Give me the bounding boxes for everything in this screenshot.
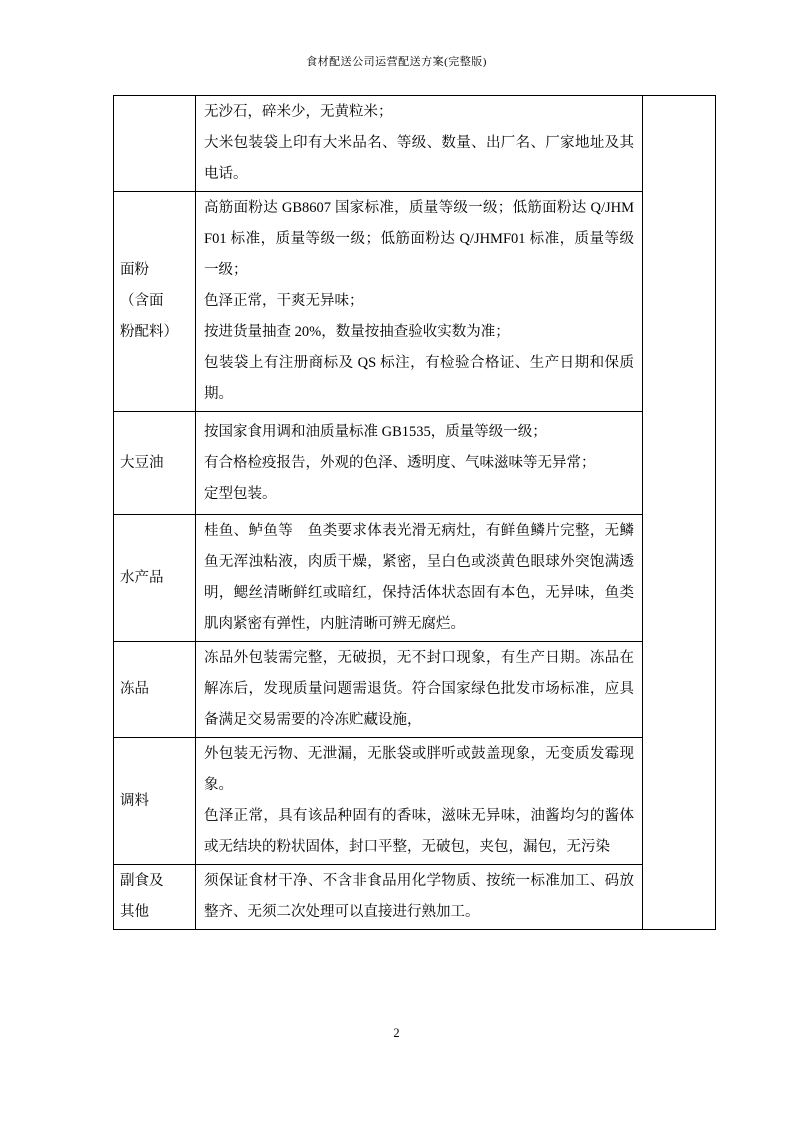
table-row-frozen-goods: 冻品 冻品外包装需完整，无破损，无不封口现象，有生产日期。冻品在解冻后，发现质量… (114, 642, 716, 738)
row-content-seasoning: 外包装无污物、无泄漏，无胀袋或胖听或鼓盖现象，无变质发霉现象。 色泽正常，具有该… (196, 738, 643, 865)
row-content-frozen-goods: 冻品外包装需完整，无破损，无不封口现象，有生产日期。冻品在解冻后，发现质量问题需… (196, 642, 643, 738)
row-label-soybean-oil: 大豆油 (114, 412, 196, 515)
paragraph: 须保证食材干净、不含非食品用化学物质、按统一标准加工、码放整齐、无须二次处理可以… (204, 866, 634, 928)
row-content-rice: 无沙石，碎米少，无黄粒米； 大米包装袋上印有大米品名、等级、数量、出厂名、厂家地… (196, 96, 643, 192)
row-content-flour: 高筋面粉达 GB8607 国家标准，质量等级一级；低筋面粉达 Q/JHMF01 … (196, 192, 643, 412)
paragraph: 按国家食用调和油质量标准 GB1535，质量等级一级； (204, 417, 634, 448)
row-content-aquatic-products: 桂鱼、鲈鱼等 鱼类要求体表光滑无病灶，有鲜鱼鳞片完整，无鳞鱼无浑浊粘液，肉质干燥… (196, 515, 643, 642)
table-row-aquatic-products: 水产品 桂鱼、鲈鱼等 鱼类要求体表光滑无病灶，有鲜鱼鳞片完整，无鳞鱼无浑浊粘液，… (114, 515, 716, 642)
paragraph: 色泽正常，干爽无异味； (204, 286, 634, 317)
row-label-aquatic-products: 水产品 (114, 515, 196, 642)
paragraph: 高筋面粉达 GB8607 国家标准，质量等级一级；低筋面粉达 Q/JHMF01 … (204, 193, 634, 286)
paragraph: 色泽正常，具有该品种固有的香味，滋味无异味，油酱均匀的酱体或无结块的粉状固体，封… (204, 801, 634, 863)
table-row-flour: 面粉 （含面 粉配料） 高筋面粉达 GB8607 国家标准，质量等级一级；低筋面… (114, 192, 716, 412)
paragraph: 无沙石，碎米少，无黄粒米； (204, 97, 634, 128)
row-content-soybean-oil: 按国家食用调和油质量标准 GB1535，质量等级一级； 有合格检疫报告，外观的色… (196, 412, 643, 515)
row-content-side-foods: 须保证食材干净、不含非食品用化学物质、按统一标准加工、码放整齐、无须二次处理可以… (196, 865, 643, 930)
document-header-title: 食材配送公司运营配送方案(完整版) (0, 53, 793, 69)
paragraph: 定型包装。 (204, 479, 634, 510)
row-label-frozen-goods: 冻品 (114, 642, 196, 738)
row-label-side-foods: 副食及 其他 (114, 865, 196, 930)
row-label-empty (114, 96, 196, 192)
paragraph: 包装袋上有注册商标及 QS 标注，有检验合格证、生产日期和保质期。 (204, 348, 634, 410)
paragraph: 大米包装袋上印有大米品名、等级、数量、出厂名、厂家地址及其电话。 (204, 128, 634, 190)
document-page: 食材配送公司运营配送方案(完整版) 无沙石，碎米少，无黄粒米； 大米包装袋上印有… (0, 0, 793, 1122)
paragraph: 冻品外包装需完整，无破损，无不封口现象，有生产日期。冻品在解冻后，发现质量问题需… (204, 643, 634, 736)
row-label-seasoning: 调料 (114, 738, 196, 865)
page-number: 2 (0, 1026, 793, 1041)
paragraph: 外包装无污物、无泄漏，无胀袋或胖听或鼓盖现象，无变质发霉现象。 (204, 739, 634, 801)
table-row-seasoning: 调料 外包装无污物、无泄漏，无胀袋或胖听或鼓盖现象，无变质发霉现象。 色泽正常，… (114, 738, 716, 865)
paragraph: 按进货量抽查 20%，数量按抽查验收实数为准； (204, 317, 634, 348)
paragraph: 桂鱼、鲈鱼等 鱼类要求体表光滑无病灶，有鲜鱼鳞片完整，无鳞鱼无浑浊粘液，肉质干燥… (204, 516, 634, 640)
paragraph: 有合格检疫报告，外观的色泽、透明度、气味滋味等无异常； (204, 448, 634, 479)
empty-column-cell (643, 96, 716, 930)
table-row-soybean-oil: 大豆油 按国家食用调和油质量标准 GB1535，质量等级一级； 有合格检疫报告，… (114, 412, 716, 515)
row-label-flour: 面粉 （含面 粉配料） (114, 192, 196, 412)
food-spec-table: 无沙石，碎米少，无黄粒米； 大米包装袋上印有大米品名、等级、数量、出厂名、厂家地… (113, 95, 716, 930)
table-row-rice-continued: 无沙石，碎米少，无黄粒米； 大米包装袋上印有大米品名、等级、数量、出厂名、厂家地… (114, 96, 716, 192)
table-row-side-foods: 副食及 其他 须保证食材干净、不含非食品用化学物质、按统一标准加工、码放整齐、无… (114, 865, 716, 930)
